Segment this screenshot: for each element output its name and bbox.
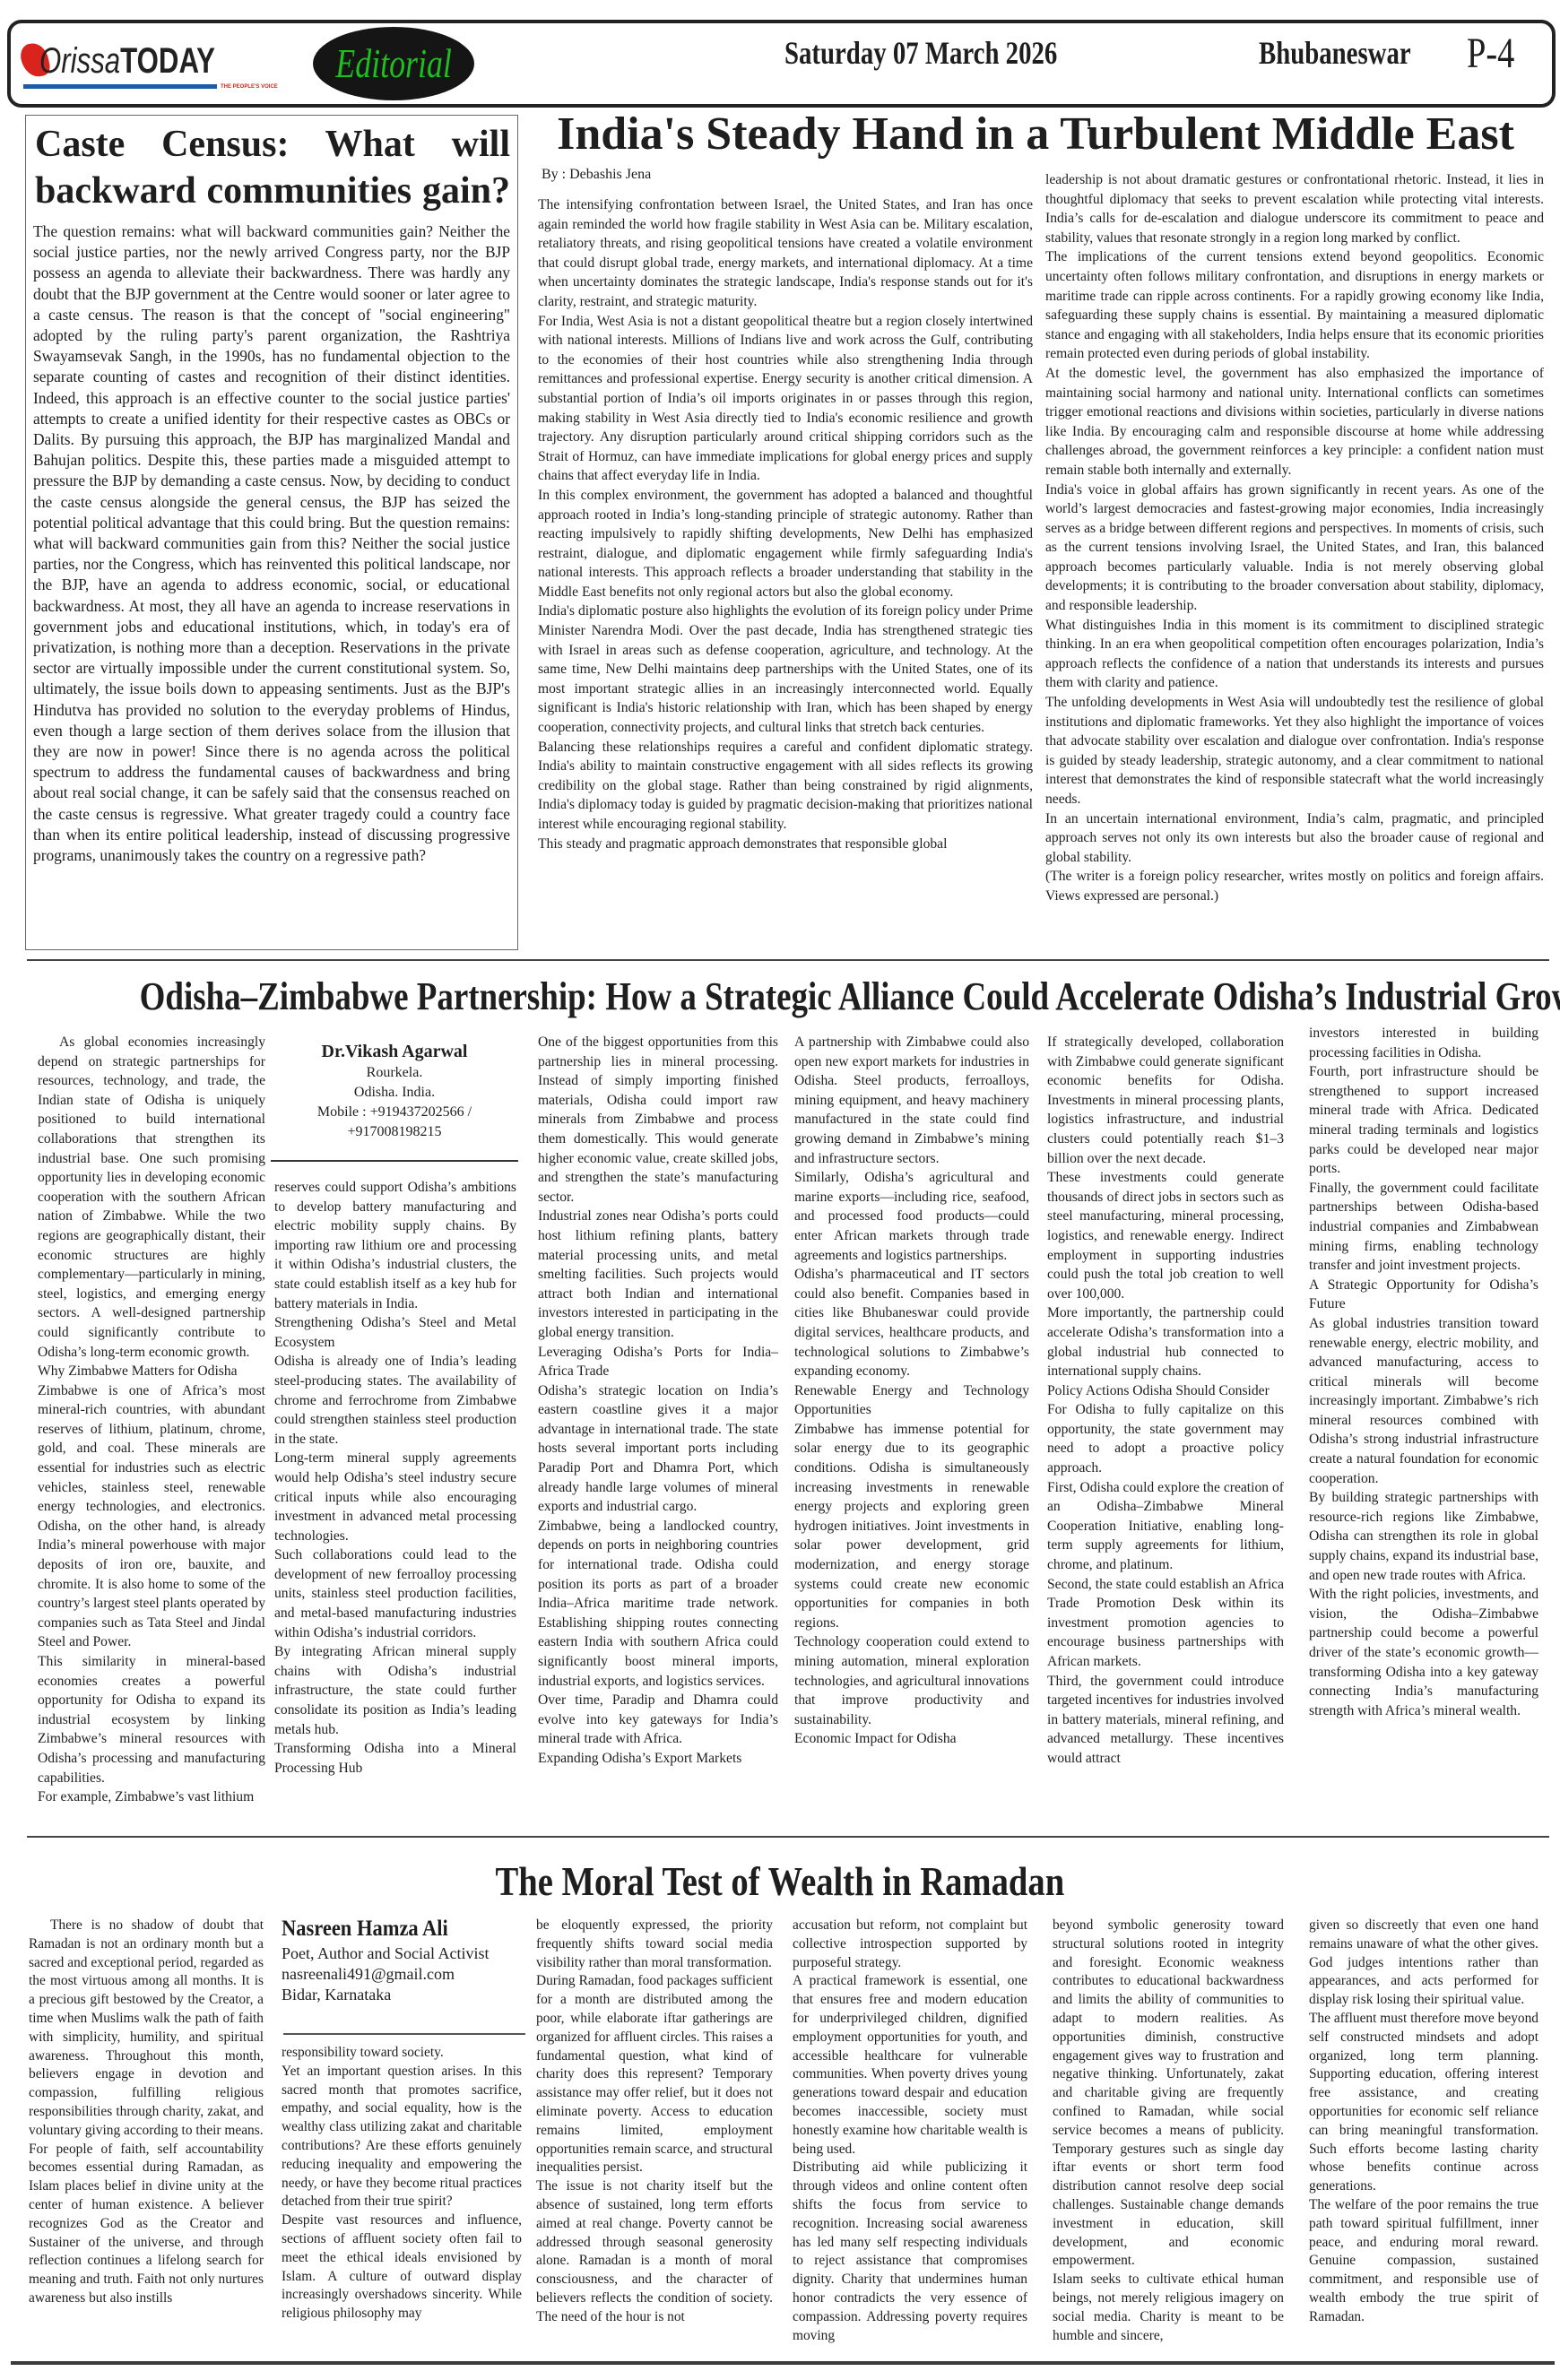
paragraph: With the right policies, investments, an… — [1309, 1585, 1538, 1720]
author-name: Dr.Vikash Agarwal — [269, 1040, 520, 1063]
paragraph: For Odisha to fully capitalize on this o… — [1047, 1400, 1284, 1477]
author-note: (The writer is a foreign policy research… — [1045, 867, 1544, 905]
paragraph: The intensifying confrontation between I… — [538, 195, 1033, 312]
paragraph: These investments could generate thousan… — [1047, 1168, 1284, 1303]
article-headline: The Moral Test of Wealth in Ramadan — [0, 1857, 1560, 1906]
paragraph: Islam seeks to cultivate ethical human b… — [1053, 2271, 1284, 2345]
paragraph: A practical framework is essential, one … — [793, 1972, 1027, 2159]
article-headline: India's Steady Hand in a Turbulent Middl… — [538, 109, 1533, 160]
article-column-6: given so discreetly that even one hand r… — [1309, 1917, 1538, 2347]
logo-tagline: THE PEOPLE'S VOICE — [221, 84, 278, 90]
paragraph: Yet an important question arises. In thi… — [282, 2063, 522, 2211]
author-role: Poet, Author and Social Activist — [282, 1943, 524, 1964]
paragraph: responsibility toward society. — [282, 2044, 522, 2063]
paragraph: There is no shadow of doubt that Ramadan… — [29, 1917, 264, 2141]
masthead: OrissaTODAY THE PEOPLE'S VOICE Editorial… — [7, 20, 1556, 108]
paragraph: Industrial zones near Odisha’s ports cou… — [538, 1207, 778, 1342]
paragraph: For people of faith, self accountability… — [29, 2141, 264, 2308]
article-column-5: If strategically developed, collaboratio… — [1047, 1033, 1284, 1822]
paragraph: Zimbabwe, being a landlocked country, de… — [538, 1517, 778, 1691]
paragraph: This similarity in mineral-based economi… — [38, 1652, 265, 1787]
subheading: Policy Actions Odisha Should Consider — [1047, 1381, 1284, 1401]
paragraph: beyond symbolic generosity toward struct… — [1053, 1917, 1284, 2271]
author-divider — [271, 1160, 518, 1162]
paragraph: Over time, Paradip and Dhamra could evol… — [538, 1691, 778, 1749]
paragraph: First, Odisha could explore the creation… — [1047, 1478, 1284, 1575]
paragraph: Balancing these relationships requires a… — [538, 738, 1033, 835]
issue-date: Saturday 07 March 2026 — [784, 34, 1057, 72]
article-column-6: investors interested in building process… — [1309, 1024, 1538, 1813]
paragraph: reserves could support Odisha’s ambition… — [274, 1178, 516, 1313]
paragraph: By building strategic partnerships with … — [1309, 1488, 1538, 1585]
paragraph: Third, the government could introduce ta… — [1047, 1672, 1284, 1769]
byline: By : Debashis Jena — [542, 167, 651, 183]
paragraph: given so discreetly that even one hand r… — [1309, 1917, 1538, 2010]
paragraph: Odisha is already one of India’s leading… — [274, 1352, 516, 1449]
paragraph: As global industries transition toward r… — [1309, 1314, 1538, 1488]
paragraph: By integrating African mineral supply ch… — [274, 1642, 516, 1739]
author-location: Bidar, Karnataka — [282, 1985, 524, 2005]
section-divider — [27, 1836, 1549, 1838]
author-mobile: Mobile : +919437202566 / — [269, 1103, 520, 1122]
subheading: Transforming Odisha into a Mineral Proce… — [274, 1739, 516, 1778]
paragraph: be eloquently expressed, the priority fr… — [536, 1917, 773, 1972]
paragraph: Distributing aid while publicizing it th… — [793, 2159, 1027, 2345]
article-headline: Caste Census: What will backward communi… — [35, 121, 510, 214]
paragraph: The issue is not charity itself but the … — [536, 2177, 773, 2326]
paragraph: During Ramadan, food packages sufficient… — [536, 1972, 773, 2177]
paragraph: The unfolding developments in West Asia … — [1045, 693, 1544, 809]
paragraph: The question remains: what will backward… — [33, 221, 510, 866]
paragraph: At the domestic level, the government ha… — [1045, 364, 1544, 480]
article-column-1: The intensifying confrontation between I… — [538, 195, 1033, 948]
subheading: Expanding Odisha’s Export Markets — [538, 1749, 778, 1769]
author-mobile-2: +917008198215 — [269, 1122, 520, 1142]
logo-underline-bar — [23, 84, 217, 89]
paragraph: Such collaborations could lead to the de… — [274, 1545, 516, 1642]
paragraph: More importantly, the partnership could … — [1047, 1303, 1284, 1380]
author-email[interactable]: nasreenali491@gmail.com — [282, 1964, 524, 1985]
paragraph: Second, the state could establish an Afr… — [1047, 1575, 1284, 1672]
subheading: Economic Impact for Odisha — [794, 1729, 1029, 1749]
paragraph: If strategically developed, collaboratio… — [1047, 1033, 1284, 1168]
article-caste-census: Caste Census: What will backward communi… — [25, 115, 518, 950]
subheading: Renewable Energy and Technology Opportun… — [794, 1381, 1029, 1420]
page-number: P-4 — [1467, 29, 1514, 78]
article-column-2: responsibility toward society. Yet an im… — [282, 2044, 522, 2349]
page-bottom-rule — [11, 2361, 1555, 2365]
author-info: Dr.Vikash Agarwal Rourkela. Odisha. Indi… — [269, 1040, 520, 1142]
article-column-2: leadership is not about dramatic gesture… — [1045, 170, 1544, 950]
edition-city: Bhubaneswar — [1259, 34, 1411, 72]
paragraph: The welfare of the poor remains the true… — [1309, 2196, 1538, 2327]
article-column-1: There is no shadow of doubt that Ramadan… — [29, 1917, 264, 2347]
paragraph: As global economies increasingly depend … — [38, 1033, 265, 1362]
paragraph: India's voice in global affairs has grow… — [1045, 480, 1544, 616]
paragraph: For India, West Asia is not a distant ge… — [538, 312, 1033, 486]
article-headline: Odisha–Zimbabwe Partnership: How a Strat… — [0, 974, 1560, 1020]
paragraph: Zimbabwe has immense potential for solar… — [794, 1420, 1029, 1633]
section-divider — [27, 959, 1549, 961]
paragraph: Similarly, Odisha’s agricultural and mar… — [794, 1168, 1029, 1265]
subheading: Leveraging Odisha’s Ports for India–Afri… — [538, 1343, 778, 1381]
paragraph: What distinguishes India in this moment … — [1045, 616, 1544, 693]
paragraph: Odisha’s strategic location on India’s e… — [538, 1381, 778, 1517]
section-badge-editorial: Editorial — [313, 27, 474, 100]
subheading: Why Zimbabwe Matters for Odisha — [38, 1362, 265, 1381]
subheading: Strengthening Odisha’s Steel and Metal E… — [274, 1313, 516, 1352]
paragraph: One of the biggest opportunities from th… — [538, 1033, 778, 1207]
paragraph: The affluent must therefore move beyond … — [1309, 2010, 1538, 2196]
paragraph: Odisha’s pharmaceutical and IT sectors c… — [794, 1265, 1029, 1381]
article-body: The question remains: what will backward… — [33, 221, 510, 946]
article-column-4: accusation but reform, not complaint but… — [793, 1917, 1027, 2347]
brand-name: OrissaTODAY — [39, 39, 215, 82]
section-badge-label: Editorial — [335, 43, 452, 84]
paragraph: A partnership with Zimbabwe could also o… — [794, 1033, 1029, 1168]
orissa-today-logo[interactable]: OrissaTODAY THE PEOPLE'S VOICE — [22, 39, 264, 93]
paragraph: Despite vast resources and influence, se… — [282, 2211, 522, 2324]
author-divider — [283, 2033, 525, 2035]
author-city: Rourkela. — [269, 1063, 520, 1083]
paragraph: In an uncertain international environmen… — [1045, 809, 1544, 868]
paragraph: accusation but reform, not complaint but… — [793, 1917, 1027, 1972]
article-column-3: One of the biggest opportunities from th… — [538, 1033, 778, 1822]
paragraph: Finally, the government could facilitate… — [1309, 1179, 1538, 1276]
paragraph: Zimbabwe is one of Africa’s most mineral… — [38, 1381, 265, 1652]
paragraph: Fourth, port infrastructure should be st… — [1309, 1062, 1538, 1179]
paragraph: India's diplomatic posture also highligh… — [538, 601, 1033, 737]
author-info: Nasreen Hamza Ali Poet, Author and Socia… — [282, 1915, 524, 2005]
author-state: Odisha. India. — [269, 1083, 520, 1103]
author-name: Nasreen Hamza Ali — [282, 1915, 499, 1943]
article-column-5: beyond symbolic generosity toward struct… — [1053, 1917, 1284, 2347]
paragraph: For example, Zimbabwe’s vast lithium — [38, 1787, 265, 1807]
paragraph: Long-term mineral supply agreements woul… — [274, 1449, 516, 1545]
paragraph: leadership is not about dramatic gesture… — [1045, 170, 1544, 247]
article-column-1: As global economies increasingly depend … — [38, 1033, 265, 1822]
paragraph: This steady and pragmatic approach demon… — [538, 835, 1033, 854]
article-column-3: be eloquently expressed, the priority fr… — [536, 1917, 773, 2347]
subheading: A Strategic Opportunity for Odisha’s Fut… — [1309, 1276, 1538, 1314]
paragraph: The implications of the current tensions… — [1045, 247, 1544, 364]
paragraph: Technology cooperation could extend to m… — [794, 1632, 1029, 1729]
paragraph: In this complex environment, the governm… — [538, 486, 1033, 602]
article-column-4: A partnership with Zimbabwe could also o… — [794, 1033, 1029, 1822]
article-column-2: reserves could support Odisha’s ambition… — [274, 1178, 516, 1823]
paragraph: investors interested in building process… — [1309, 1024, 1538, 1062]
